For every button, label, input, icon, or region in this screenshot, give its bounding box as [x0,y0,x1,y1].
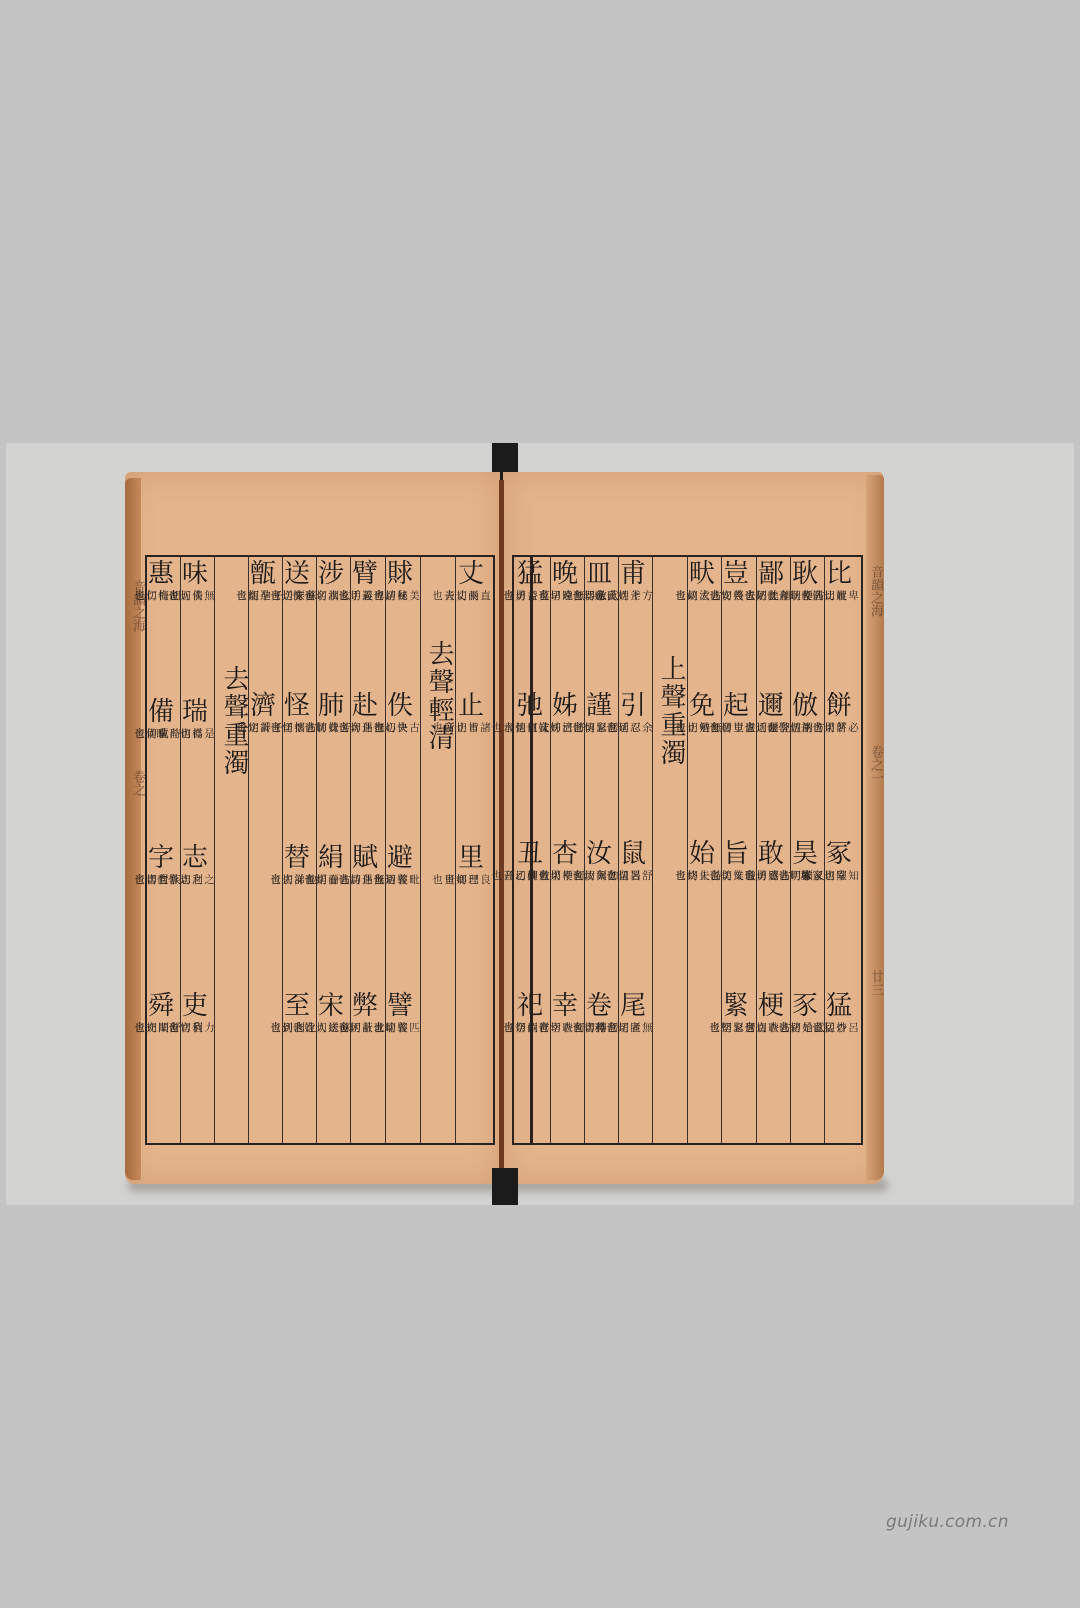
dictionary-entry: 猛 莫杏切音 孟勇也 [516,560,550,588]
text-column: 猛 莫杏切音 孟勇也 弛 丈里切音 市弛水也 丑 敕柳切音 醜乙丑也 祀 祥兩切… [516,560,550,1138]
dictionary-entry: 味 無佚切音 備五也 [181,560,215,588]
dictionary-entry: 惠 胡桂切音 悔仁也 [147,560,181,588]
dictionary-entry: 止 諸市切音 旨止所也 [457,692,491,720]
entry-gloss: 長丈夫也 [431,590,479,601]
dictionary-entry: 幸 何耿切音 杏幸也 [551,992,585,1020]
entry-character: 丈 [457,560,491,588]
entry-character: 耿 [791,560,825,588]
bookmark-ribbon-bottom [492,1168,518,1205]
entry-character: 志 [181,844,215,872]
dictionary-entry: 卷 居轉切音 捲書也 [585,992,619,1020]
entry-character: 旨 [722,840,756,868]
section-heading-qu-zhong: 去聲重濁 [219,665,249,777]
entry-gloss: 進甑也 [235,590,271,601]
entry-character: 昊 [791,840,825,868]
entry-gloss: 霽定也 [235,722,271,733]
entry-character: 替 [283,844,317,872]
entry-character: 甫 [619,560,653,588]
entry-character: 尾 [619,992,653,1020]
entry-character: 弛 [516,692,550,720]
dictionary-entry: 冢 知隴切音塚 宰也冢墓 [825,840,859,868]
entry-character: 絹 [317,844,351,872]
text-column: 賕 美秘切音 妹請也 佚 古夬切音 快心也 避 毗義切音 譬避也 譬 匹義切音 … [386,560,420,1138]
entry-character: 祀 [516,992,550,1020]
entry-character: 卷 [585,992,619,1020]
entry-character: 緊 [722,992,756,1020]
entry-character: 佚 [386,692,420,720]
entry-character: 備 [147,698,181,726]
entry-character: 皿 [585,560,619,588]
entry-character: 猛 [825,992,859,1020]
entry-gloss: 理鄉里也 [431,874,479,885]
entry-character: 倣 [791,692,825,720]
column-rule [455,555,456,1143]
entry-character: 杏 [551,840,585,868]
right-margin-page-number: 廿三 [866,970,885,996]
entry-character: 弊 [351,992,385,1020]
dictionary-entry: 里 良已切音 理鄉里也 [457,844,491,872]
entry-character: 邇 [757,692,791,720]
entry-character: 冢 [825,840,859,868]
dictionary-entry: 涉 玄潤切音俊 水名也 [317,560,351,588]
entry-gloss: 祥也 [179,728,203,739]
dictionary-entry: 始 詩止切音 矢終也 [688,840,722,868]
dictionary-entry: 姊 將已切音 濟姊妹也 [551,692,585,720]
dictionary-entry: 皿 武永切音 敏器也 [585,560,619,588]
dictionary-entry: 甫 方士切音疣 斧姓氏也 [619,560,653,588]
entry-gloss: 矢終也 [674,870,710,881]
entry-character: 引 [619,692,653,720]
dictionary-entry: 敢 古覽切音 感勇也 [757,840,791,868]
entry-character: 豈 [722,560,756,588]
dictionary-entry: 免 無辨切音 勉止也 [688,692,722,720]
entry-gloss: 順充也 [133,1022,169,1033]
dictionary-entry: 倣 方兩切音 訪倣學也 [791,692,825,720]
section-heading-qu-qing: 去聲輕清 [424,640,454,752]
dictionary-entry: 瑞 是僞切音睡 祥也 [181,698,215,726]
entry-gloss: 旨止所也 [431,722,479,733]
dictionary-entry: 佚 古夬切音 快心也 [386,692,420,720]
entry-character: 畎 [688,560,722,588]
entry-character: 甑 [249,560,283,588]
text-column: 比 卑履切音 妣比例也 餅 必茗切音并 餅果也 冢 知隴切音塚 宰也冢墓 猛 呂… [825,560,859,1138]
entry-gloss: 位備也 [133,728,169,739]
entry-character: 味 [181,560,215,588]
text-column: 味 無佚切音 備五也 瑞 是僞切音睡 祥也 志 之利切音 之志學也 吏 力值切音… [181,560,215,1138]
dictionary-entry: 謹 居忍切音 緊慎也 [585,692,619,720]
entry-gloss: 勉止也 [674,722,710,733]
entry-character: 猛 [516,560,550,588]
dictionary-entry: 豕 武是切音 始豬也 [791,992,825,1020]
text-column: 丈 直兩切音 長丈夫也 止 諸市切音 旨止所也 里 良已切音 理鄉里也 [457,560,491,1138]
dictionary-entry: 畎 古泫切音 犬畝也 [688,560,722,588]
dictionary-entry: 舜 舒閏切音 順充也 [147,992,181,1020]
entry-character: 至 [283,992,317,1020]
entry-character: 肺 [317,692,351,720]
entry-character: 送 [283,560,317,588]
dictionary-entry: 汝 如與切音 爾汝也 [585,840,619,868]
entry-character: 敢 [757,840,791,868]
dictionary-entry: 備 時冀切音 位備也 [147,698,181,726]
dictionary-entry: 賦 無遇切音 仆詩也 [351,844,385,872]
entry-character: 鄙 [757,560,791,588]
entry-gloss: 市弛水也 [490,722,538,733]
entry-character: 晚 [551,560,585,588]
dictionary-entry: 替 他計切音 涕去也 [283,844,317,872]
entry-character: 吏 [181,992,215,1020]
dictionary-entry: 弛 丈里切音 市弛水也 [516,692,550,720]
entry-character: 濟 [249,692,283,720]
section-heading-shang-zhong: 上聲重濁 [656,655,686,767]
text-column: 豈 去幾切音 啓安也 起 虛里切音 豈發也 旨 職雉切音 夂美也 緊 居忍切音 … [722,560,756,1138]
entry-character: 起 [722,692,756,720]
entry-character: 涉 [317,560,351,588]
dictionary-entry: 濟 子計切音 霽定也 [249,692,283,720]
entry-character: 字 [147,844,181,872]
entry-character: 汝 [585,840,619,868]
dictionary-entry: 杏 何梗切音 幸果也 [551,840,585,868]
entry-character: 賕 [386,560,420,588]
entry-character: 止 [457,692,491,720]
entry-character: 始 [688,840,722,868]
dictionary-entry: 餅 必茗切音并 餅果也 [825,692,859,720]
dictionary-entry: 引 余忍切音 忍延也 [619,692,653,720]
entry-character: 梗 [757,992,791,1020]
dictionary-entry: 丈 直兩切音 長丈夫也 [457,560,491,588]
dictionary-entry: 字 疾置切音 自書也 [147,844,181,872]
entry-character: 謹 [585,692,619,720]
dictionary-entry: 赴 撫遇切音 仆奔也 [351,692,385,720]
entry-character: 姊 [551,692,585,720]
text-column: 畎 古泫切音 犬畝也 免 無辨切音 勉止也 始 詩止切音 矢終也 [688,560,722,1138]
dictionary-entry: 丑 敕柳切音 醜乙丑也 [516,840,550,868]
column-rule [420,555,421,1143]
dictionary-entry: 肺 芳妹切音 費肺也 [317,692,351,720]
dictionary-entry: 梗 古杏切音 耿直也 [757,992,791,1020]
entry-gloss: 犬畝也 [674,590,710,601]
entry-character: 避 [386,844,420,872]
dictionary-entry: 緊 居忍切音 緊堅也 [722,992,756,1020]
book-gutter [499,480,504,1182]
text-column: 甫 方士切音疣 斧姓氏也 引 余忍切音 忍延也 鼠 舒呂切音 署鼠也 尾 無匪切… [619,560,653,1138]
dictionary-entry: 祀 祥兩切音 似祭也 [516,992,550,1020]
dictionary-entry: 鼠 舒呂切音 署鼠也 [619,840,653,868]
dictionary-entry: 賕 美秘切音 妹請也 [386,560,420,588]
text-column: 鄙 補美切音 比陋也 邇 兒是切音 爾近也 敢 古覽切音 感勇也 梗 古杏切音 … [757,560,791,1138]
entry-character: 瑞 [181,698,215,726]
entry-character: 怪 [283,692,317,720]
dictionary-entry: 絹 古面切音 眷絹也 [317,844,351,872]
entry-character: 譬 [386,992,420,1020]
text-column: 臂 卑義切音 避手也 赴 撫遇切音 仆奔也 賦 無遇切音 仆詩也 弊 北計切音 … [351,560,385,1138]
dictionary-entry: 志 之利切音 之志學也 [181,844,215,872]
entry-character: 宋 [317,992,351,1020]
dictionary-entry: 鄙 補美切音 比陋也 [757,560,791,588]
dictionary-entry: 宋 蘇統切音 送人姓也 [317,992,351,1020]
entry-character: 舜 [147,992,181,1020]
dictionary-entry: 至 之利切音 志到也 [283,992,317,1020]
entry-character: 鼠 [619,840,653,868]
entry-character: 免 [688,692,722,720]
entry-character: 豕 [791,992,825,1020]
text-column: 晚 無遠切音 晚早也 姊 將已切音 濟姊妹也 杏 何梗切音 幸果也 幸 何耿切音… [551,560,585,1138]
dictionary-entry: 比 卑履切音 妣比例也 [825,560,859,588]
dictionary-entry: 臂 卑義切音 避手也 [351,560,385,588]
right-margin-volume: 卷之一 [866,745,885,784]
dictionary-entry: 送 蘇弄切音 宋送也 [283,560,317,588]
entry-character: 賦 [351,844,385,872]
dictionary-entry: 弊 北計切音 蔽困也 [351,992,385,1020]
entry-character: 里 [457,844,491,872]
dictionary-entry: 旨 職雉切音 夂美也 [722,840,756,868]
entry-character: 臂 [351,560,385,588]
dictionary-entry: 譬 匹義切音 譬喻也 [386,992,420,1020]
entry-gloss: 似祭也 [502,1022,538,1033]
dictionary-entry: 吏 力值切音 利官也 [181,992,215,1020]
entry-gloss: 悔仁也 [133,590,169,601]
entry-character: 餅 [825,692,859,720]
right-margin-title: 音韻之海 [866,565,885,617]
text-column: 甑 子孕切音 進甑也 濟 子計切音 霽定也 [249,560,283,1138]
entry-character: 赴 [351,692,385,720]
dictionary-entry: 起 虛里切音 豈發也 [722,692,756,720]
text-column: 耿 古幸切音 梗耿介也 倣 方兩切音 訪倣學也 昊 乂求切音 顥明也 豕 武是切… [791,560,825,1138]
dictionary-entry: 耿 古幸切音 梗耿介也 [791,560,825,588]
dictionary-entry: 猛 呂杏切音 炒猛也 [825,992,859,1020]
text-column: 惠 胡桂切音 悔仁也 備 時冀切音 位備也 字 疾置切音 自書也 舜 舒閏切音 … [147,560,181,1138]
dictionary-entry: 甑 子孕切音 進甑也 [249,560,283,588]
entry-character: 幸 [551,992,585,1020]
text-column: 送 蘇弄切音 宋送也 怪 古懷切音 拙怪也 替 他計切音 涕去也 至 之利切音 … [283,560,317,1138]
dictionary-entry: 避 毗義切音 譬避也 [386,844,420,872]
dictionary-entry: 怪 古懷切音 拙怪也 [283,692,317,720]
entry-gloss: 自書也 [133,874,169,885]
text-column: 皿 武永切音 敏器也 謹 居忍切音 緊慎也 汝 如與切音 爾汝也 卷 居轉切音 … [585,560,619,1138]
text-column: 涉 玄潤切音俊 水名也 肺 芳妹切音 費肺也 絹 古面切音 眷絹也 宋 蘇統切音… [317,560,351,1138]
dictionary-entry: 昊 乂求切音 顥明也 [791,840,825,868]
dictionary-entry: 晚 無遠切音 晚早也 [551,560,585,588]
entry-gloss: 孟勇也 [502,590,538,601]
entry-character: 比 [825,560,859,588]
entry-gloss: 醜乙丑也 [490,870,538,881]
entry-character: 惠 [147,560,181,588]
dictionary-entry: 邇 兒是切音 爾近也 [757,692,791,720]
dictionary-entry: 豈 去幾切音 啓安也 [722,560,756,588]
site-watermark: gujiku.com.cn [886,1512,1009,1532]
entry-character: 丑 [516,840,550,868]
dictionary-entry: 尾 無匪切音矜 者尾也 [619,992,653,1020]
